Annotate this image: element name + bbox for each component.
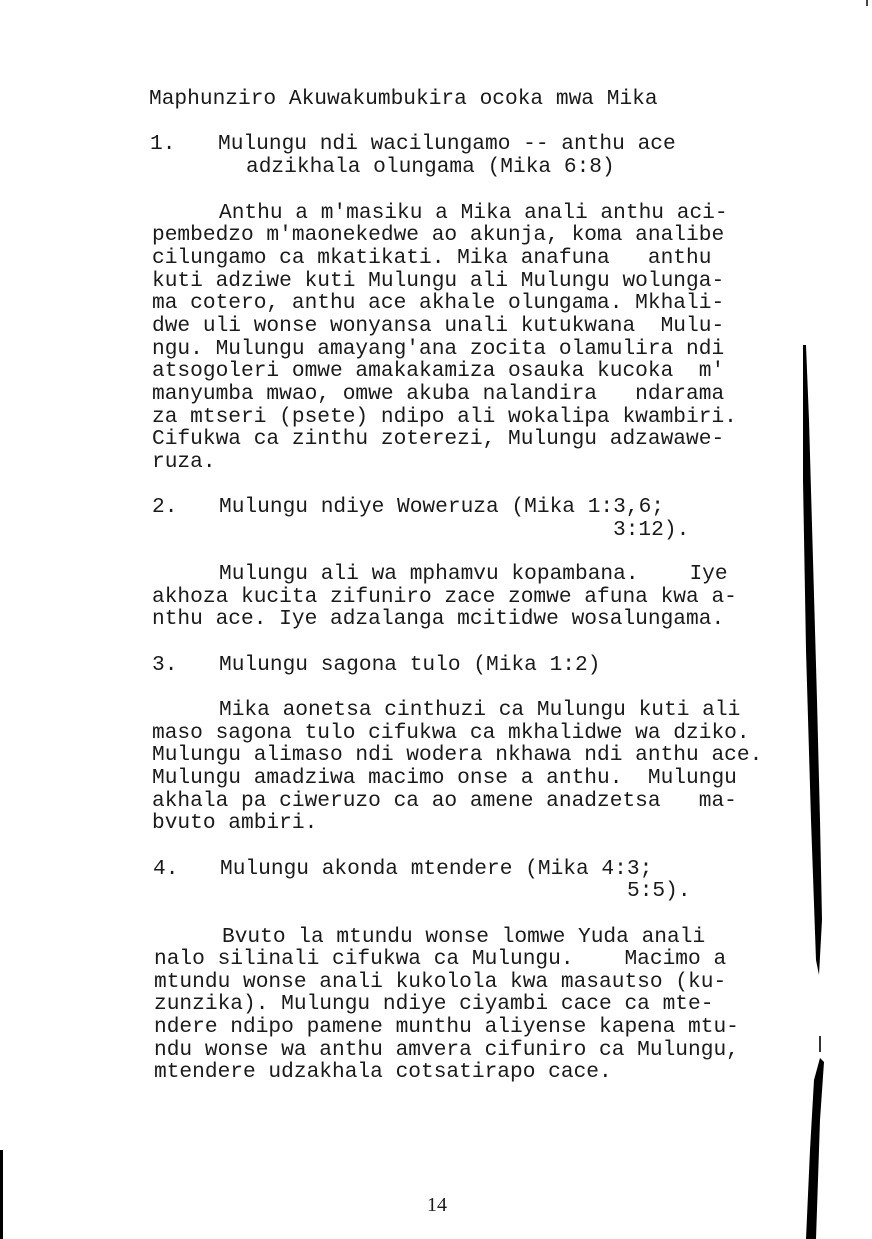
scan-edge-shadow [0,0,872,1239]
scanned-page: Maphunziro Akuwakumbukira ocoka mwa Mika… [0,0,872,1239]
